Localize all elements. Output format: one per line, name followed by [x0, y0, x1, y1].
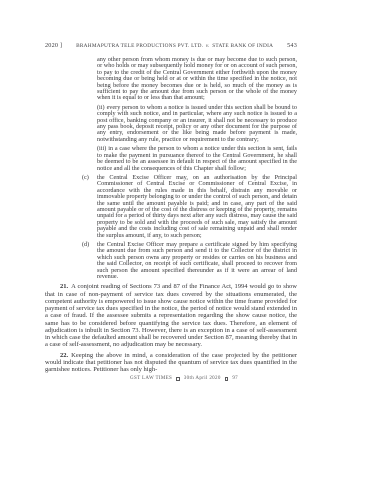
paragraph-number: 22.: [60, 352, 71, 359]
statute-quote-block: any other person from whom money is due …: [97, 57, 297, 280]
quote-text: in a case where the person to whom a not…: [97, 145, 297, 171]
paragraph-22: 22.Keeping the above in mind, a consider…: [45, 352, 297, 374]
square-bullet-icon: [225, 377, 229, 381]
paragraph-text: A conjoint reading of Sections 73 and 87…: [45, 283, 297, 348]
clause-marker: (c): [82, 175, 89, 181]
page-footer: GST LAW TIMES 30th April 2020 97: [58, 376, 310, 381]
quote-text: any other person from whom money is due …: [97, 56, 297, 101]
header-year: 2020 ]: [45, 42, 62, 49]
footer-journal-name: GST LAW TIMES: [130, 376, 172, 381]
footer-issue-date: 30th April 2020: [184, 376, 221, 381]
quote-paragraph-clause-c: (c)the Central Excise Officer may, on an…: [97, 175, 297, 239]
footer-serial-page: 97: [232, 376, 238, 381]
paragraph-21: 21.A conjoint reading of Sections 73 and…: [45, 283, 297, 348]
document-page: 2020 ] BRAHMAPUTRA TELE PRODUCTIONS PVT.…: [0, 0, 370, 480]
judgment-body: 21.A conjoint reading of Sections 73 and…: [45, 283, 297, 373]
case-title-versus: v.: [205, 43, 211, 49]
text-column: 2020 ] BRAHMAPUTRA TELE PRODUCTIONS PVT.…: [45, 42, 297, 381]
paragraph-number: 21.: [60, 283, 71, 290]
quote-text: the Central Excise Officer may, on an au…: [97, 174, 297, 239]
square-bullet-icon: [176, 377, 180, 381]
quote-text: every person to whom a notice is issued …: [97, 104, 297, 143]
clause-marker: (d): [82, 242, 89, 248]
running-header: 2020 ] BRAHMAPUTRA TELE PRODUCTIONS PVT.…: [45, 42, 297, 50]
header-case-title: BRAHMAPUTRA TELE PRODUCTIONS PVT. LTD. v…: [62, 43, 287, 50]
header-page-number: 543: [287, 42, 297, 49]
quote-text: the Central Excise Officer may prepare a…: [97, 241, 297, 280]
quote-paragraph-clause-iii: (iii)in a case where the person to whom …: [97, 146, 297, 172]
quote-paragraph-clause-ii: (ii)every person to whom a notice is iss…: [97, 105, 297, 143]
paragraph-text: Keeping the above in mind, a considerati…: [45, 352, 297, 374]
case-title-appellant: BRAHMAPUTRA TELE PRODUCTIONS PVT. LTD.: [76, 43, 203, 49]
case-title-respondent: STATE BANK OF INDIA: [212, 43, 273, 49]
quote-paragraph-clause-d: (d)the Central Excise Officer may prepar…: [97, 242, 297, 280]
quote-paragraph-continuation: any other person from whom money is due …: [97, 57, 297, 102]
